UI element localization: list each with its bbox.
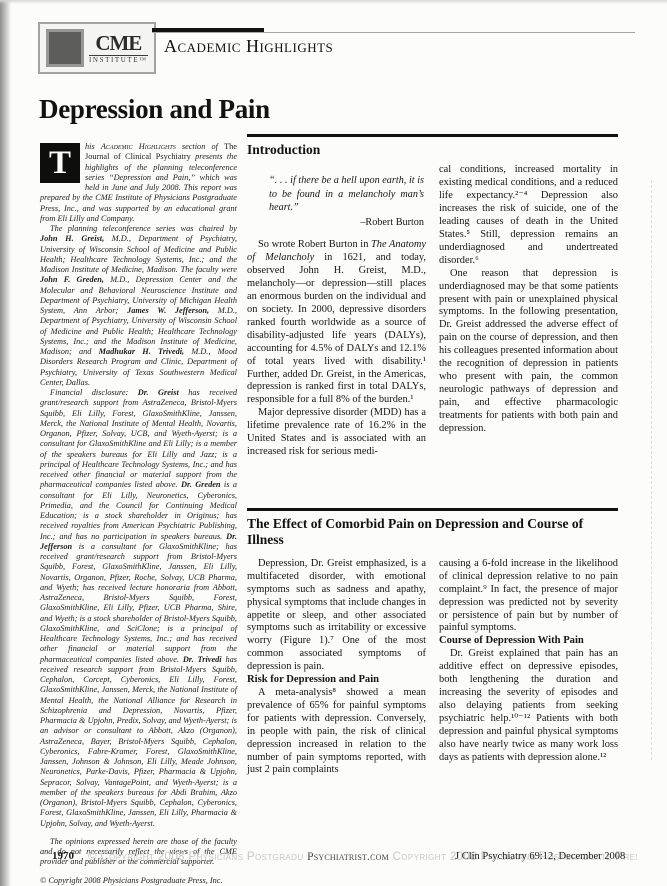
section-paragraph-1: Depression, Dr. Greist emphasized, is a … (247, 558, 426, 674)
article-title: Depression and Pain (39, 94, 270, 125)
faculty-name-greden: John F. Greden, (40, 275, 104, 284)
section-column-2: causing a 6-fold increase in the likelih… (439, 558, 618, 777)
intro-column-1: “. . . if there be a hell upon earth, it… (247, 164, 426, 458)
journal-citation: J Clin Psychiatry 69:12, December 2008 (455, 851, 625, 862)
sidebar-copyright: © Copyright 2008 Physicians Postgraduate… (40, 876, 237, 886)
chair-name: John H. Greist, (40, 234, 104, 243)
introduction-heading: Introduction (247, 142, 618, 158)
introduction-section: Introduction “. . . if there be a hell u… (247, 134, 618, 459)
page-number: 1970 (52, 850, 74, 862)
scan-edge-left (0, 0, 11, 886)
intro-column-2: cal conditions, increased mortality in e… (439, 164, 618, 458)
comorbid-pain-heading: The Effect of Comorbid Pain on Depressio… (247, 516, 592, 549)
logo-institute-label: INSTITUTE™ (89, 55, 148, 64)
financial-disclosure-label: Financial disclosure: (50, 388, 138, 397)
epigraph-quote: “. . . if there be a hell upon earth, it… (269, 174, 424, 229)
faculty-name-jefferson: James W. Jefferson, (127, 306, 209, 315)
course-subheading: Course of Depression With Pain (439, 635, 618, 648)
comorbid-pain-section: The Effect of Comorbid Pain on Depressio… (247, 508, 618, 777)
logo-cme-label: CME (95, 33, 141, 54)
author-disclosure-sidebar: This Academic Highlights section of The … (40, 142, 237, 886)
scan-edge-right (651, 180, 652, 760)
intro-paragraph-2-continued: cal conditions, increased mortality in e… (439, 164, 618, 267)
watermark-left: © Copyright 2008 Physicians Postgradu (88, 851, 304, 863)
journal-page: CME INSTITUTE™ Academic Highlights Depre… (0, 0, 667, 886)
cme-institute-logo: CME INSTITUTE™ (38, 22, 156, 74)
psychiatrist-com-mark: Psychiatrist.com (307, 851, 389, 863)
banner-rule (152, 32, 635, 33)
section-rule (247, 134, 618, 137)
scan-edge-top (0, 0, 667, 4)
intro-paragraph-2: Major depressive disorder (MDD) has a li… (247, 407, 426, 459)
section-paragraph-2-continued: causing a 6-fold increase in the likelih… (439, 558, 618, 635)
risk-subheading: Risk for Depression and Pain (247, 674, 426, 687)
intro-paragraph-1: So wrote Robert Burton in The Anatomy of… (247, 239, 426, 407)
epigraph-attribution: –Robert Burton (269, 216, 424, 230)
section-paragraph-2: A meta-analysis⁸ showed a mean prevalenc… (247, 687, 426, 777)
faculty-paragraph: The planning teleconference series was c… (40, 224, 237, 388)
section-column-1: Depression, Dr. Greist emphasized, is a … (247, 558, 426, 777)
logo-square-icon (46, 29, 84, 67)
epigraph-text: “. . . if there be a hell upon earth, it… (269, 174, 424, 215)
faculty-name-trivedi: Madhukar H. Trivedi, (99, 347, 185, 356)
drop-cap: T (40, 143, 80, 183)
series-note-text: his (85, 142, 101, 151)
logo-text: CME INSTITUTE™ (89, 33, 148, 64)
series-note-paragraph: This Academic Highlights section of The … (40, 142, 237, 224)
financial-disclosure-paragraph: Financial disclosure: Dr. Greist has rec… (40, 388, 237, 829)
section-rule (247, 508, 618, 511)
academic-highlights-ref: Academic Highlights (101, 142, 176, 151)
section-paragraph-3: Dr. Greist explained that pain has an ad… (439, 648, 618, 764)
banner-title: Academic Highlights (164, 36, 333, 57)
intro-paragraph-3: One reason that depression is underdiagn… (439, 268, 618, 436)
